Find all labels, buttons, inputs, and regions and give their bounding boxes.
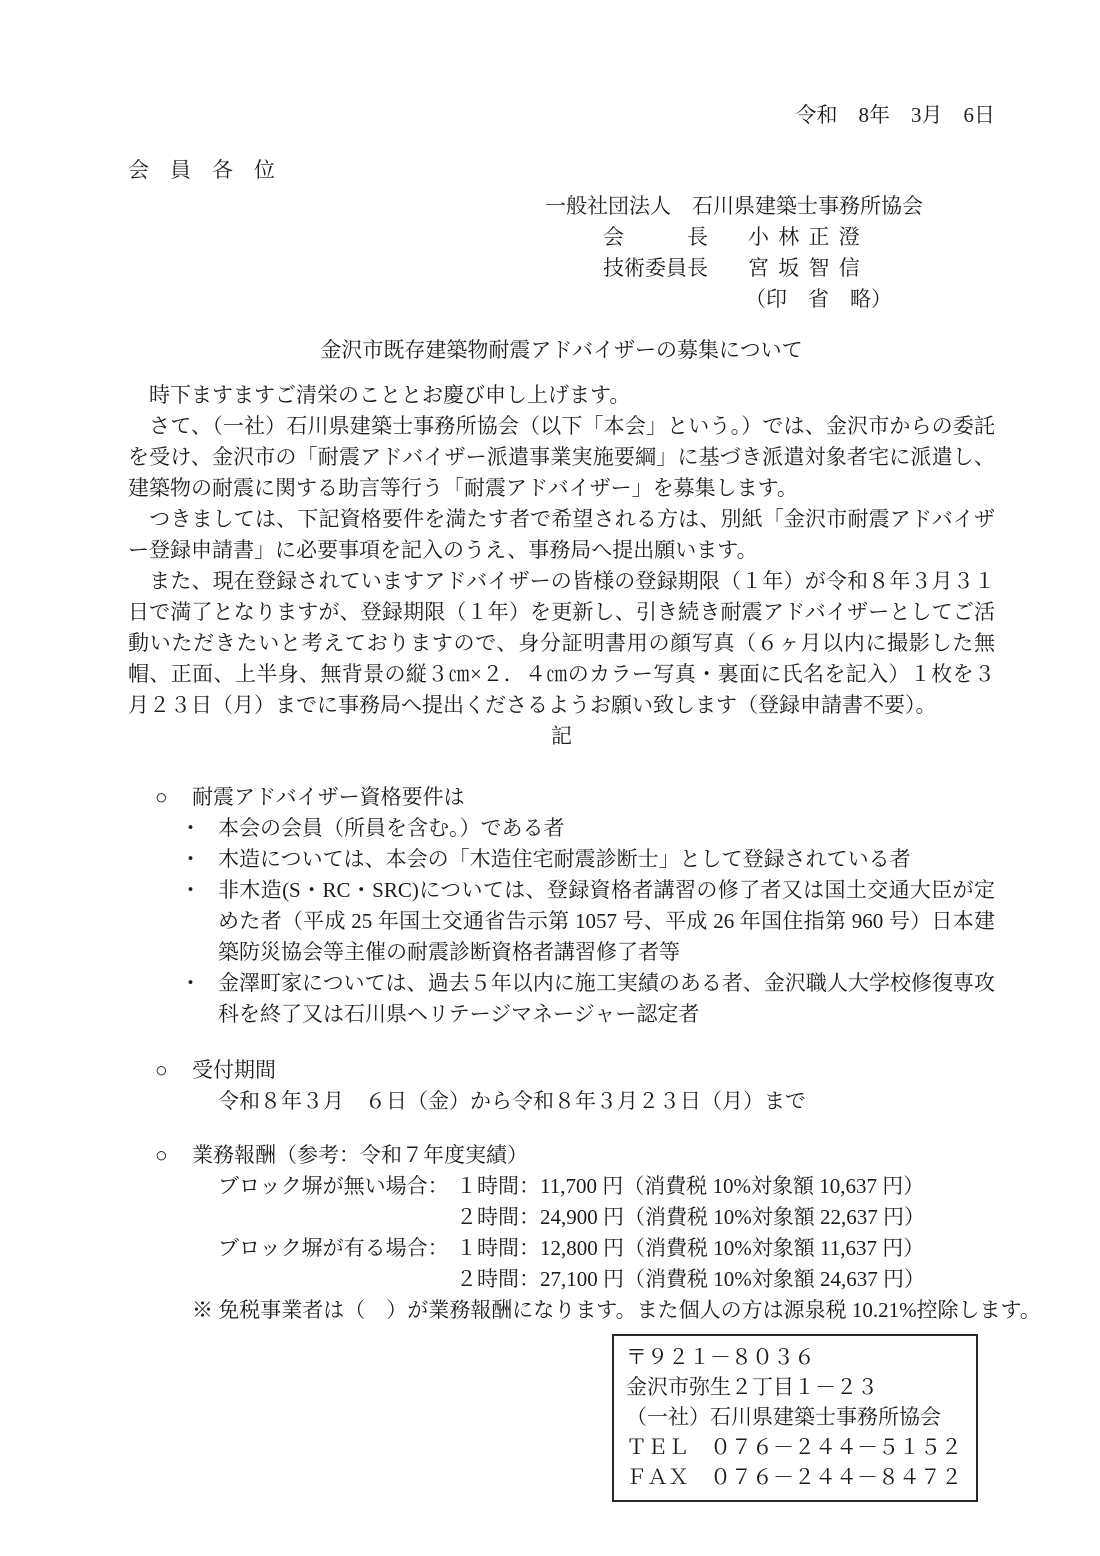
contact-tel: ＴＥＬ ０７６－２４４－５１５２ [626,1432,966,1462]
bullet-icon: ・ [180,844,218,875]
officer-title: 技術委員長 [603,253,710,284]
list-item-text: 木造については、本会の「木造住宅耐震診断士」として登録されている者 [218,844,995,875]
seal-omitted-note: （印 省 略） [745,284,995,315]
bullet-icon: ・ [180,875,218,968]
fee-values: １時間：11,700 円（消費税 10%対象額 10,637 円） ２時間：24… [456,1171,925,1233]
recipient-line: 会 員 各 位 [128,155,995,186]
contact-organization: （一社）石川県建築士事務所協会 [626,1402,966,1432]
bullet-icon: ・ [180,813,218,844]
list-item: ・ 非木造(S・RC・SRC)については、登録資格者講習の修了者又は国土交通大臣… [180,875,995,968]
list-item: ・ 本会の会員（所員を含む。）である者 [180,813,995,844]
ki-marker: 記 [128,721,995,752]
list-item-text: 本会の会員（所員を含む。）である者 [218,813,995,844]
contact-postal-code: 〒９２１－８０３６ [626,1342,966,1372]
officer-line-tech-chair: 技術委員長宮 坂 智 信 [603,253,995,284]
fee-row-with-block-wall: ブロック塀が有る場合： １時間：12,800 円（消費税 10%対象額 11,6… [218,1233,995,1295]
paragraph-renewal: また、現在登録されていますアドバイザーの皆様の登録期限（１年）が令和８年３月３１… [128,566,995,721]
section-compensation: ○ 業務報酬（参考：令和７年度実績） ブロック塀が無い場合： １時間：11,70… [128,1140,995,1326]
circle-marker: ○ [155,1055,192,1086]
list-item: ・ 金澤町家については、過去５年以内に施工実績のある者、金沢職人大学校修復専攻科… [180,968,995,1030]
fee-values: １時間：12,800 円（消費税 10%対象額 11,637 円） ２時間：27… [456,1233,925,1295]
section-heading-row: ○ 業務報酬（参考：令和７年度実績） [155,1140,995,1171]
period-detail: 令和８年３月 ６日（金）から令和８年３月２３日（月）まで [218,1086,995,1117]
body-text: 時下ますますご清栄のこととお慶び申し上げます。 さて、（一社）石川県建築士事務所… [128,380,995,721]
list-item-text: 金澤町家については、過去５年以内に施工実績のある者、金沢職人大学校修復専攻科を終… [218,968,995,1030]
circle-marker: ○ [155,1140,192,1171]
officer-line-president: 会 長小 林 正 澄 [603,222,995,253]
tax-note: ※ 免税事業者は（ ）が業務報酬になります。また個人の方は源泉税 10.21%控… [192,1295,995,1326]
fee-line-2hour: ２時間：24,900 円（消費税 10%対象額 22,637 円） [456,1202,925,1233]
contact-box: 〒９２１－８０３６ 金沢市弥生２丁目１－２３ （一社）石川県建築士事務所協会 Ｔ… [612,1334,978,1502]
officer-title: 会 長 [603,222,710,253]
document-page: 令和 8年 3月 6日 会 員 各 位 一般社団法人 石川県建築士事務所協会 会… [0,0,1100,1556]
contact-fax: ＦＡＸ ０７６－２４４－８４７２ [626,1462,966,1492]
list-item: ・ 木造については、本会の「木造住宅耐震診断士」として登録されている者 [180,844,995,875]
fee-label: ブロック塀が無い場合： [218,1171,456,1233]
fee-line-2hour: ２時間：27,100 円（消費税 10%対象額 24,637 円） [456,1264,925,1295]
fee-row-no-block-wall: ブロック塀が無い場合： １時間：11,700 円（消費税 10%対象額 10,6… [218,1171,995,1233]
section-heading: 受付期間 [192,1055,276,1086]
paragraph-application: つきましては、下記資格要件を満たす者で希望される方は、別紙「金沢市耐震アドバイザ… [128,504,995,566]
officer-name: 宮 坂 智 信 [748,256,862,280]
section-heading: 耐震アドバイザー資格要件は [192,782,465,813]
section-heading-row: ○ 耐震アドバイザー資格要件は [155,782,995,813]
fee-label: ブロック塀が有る場合： [218,1233,456,1295]
bullet-icon: ・ [180,968,218,1030]
document-title: 金沢市既存建築物耐震アドバイザーの募集について [128,335,995,366]
section-heading: 業務報酬（参考：令和７年度実績） [192,1140,528,1171]
contact-address: 金沢市弥生２丁目１－２３ [626,1372,966,1402]
fee-line-1hour: １時間：12,800 円（消費税 10%対象額 11,637 円） [456,1233,925,1264]
circle-marker: ○ [155,782,192,813]
officer-name: 小 林 正 澄 [748,225,862,249]
sender-organization: 一般社団法人 石川県建築士事務所協会 [545,191,995,222]
section-application-period: ○ 受付期間 令和８年３月 ６日（金）から令和８年３月２３日（月）まで [128,1055,995,1117]
list-item-text: 非木造(S・RC・SRC)については、登録資格者講習の修了者又は国土交通大臣が定… [218,875,995,968]
paragraph-greeting: 時下ますますご清栄のこととお慶び申し上げます。 [128,380,995,411]
document-date: 令和 8年 3月 6日 [128,100,995,131]
section-heading-row: ○ 受付期間 [155,1055,995,1086]
section-qualifications: ○ 耐震アドバイザー資格要件は ・ 本会の会員（所員を含む。）である者 ・ 木造… [128,782,995,1030]
fee-line-1hour: １時間：11,700 円（消費税 10%対象額 10,637 円） [456,1171,925,1202]
paragraph-recruitment: さて、（一社）石川県建築士事務所協会（以下「本会」という。）では、金沢市からの委… [128,411,995,504]
sender-block: 一般社団法人 石川県建築士事務所協会 会 長小 林 正 澄 技術委員長宮 坂 智… [128,191,995,315]
